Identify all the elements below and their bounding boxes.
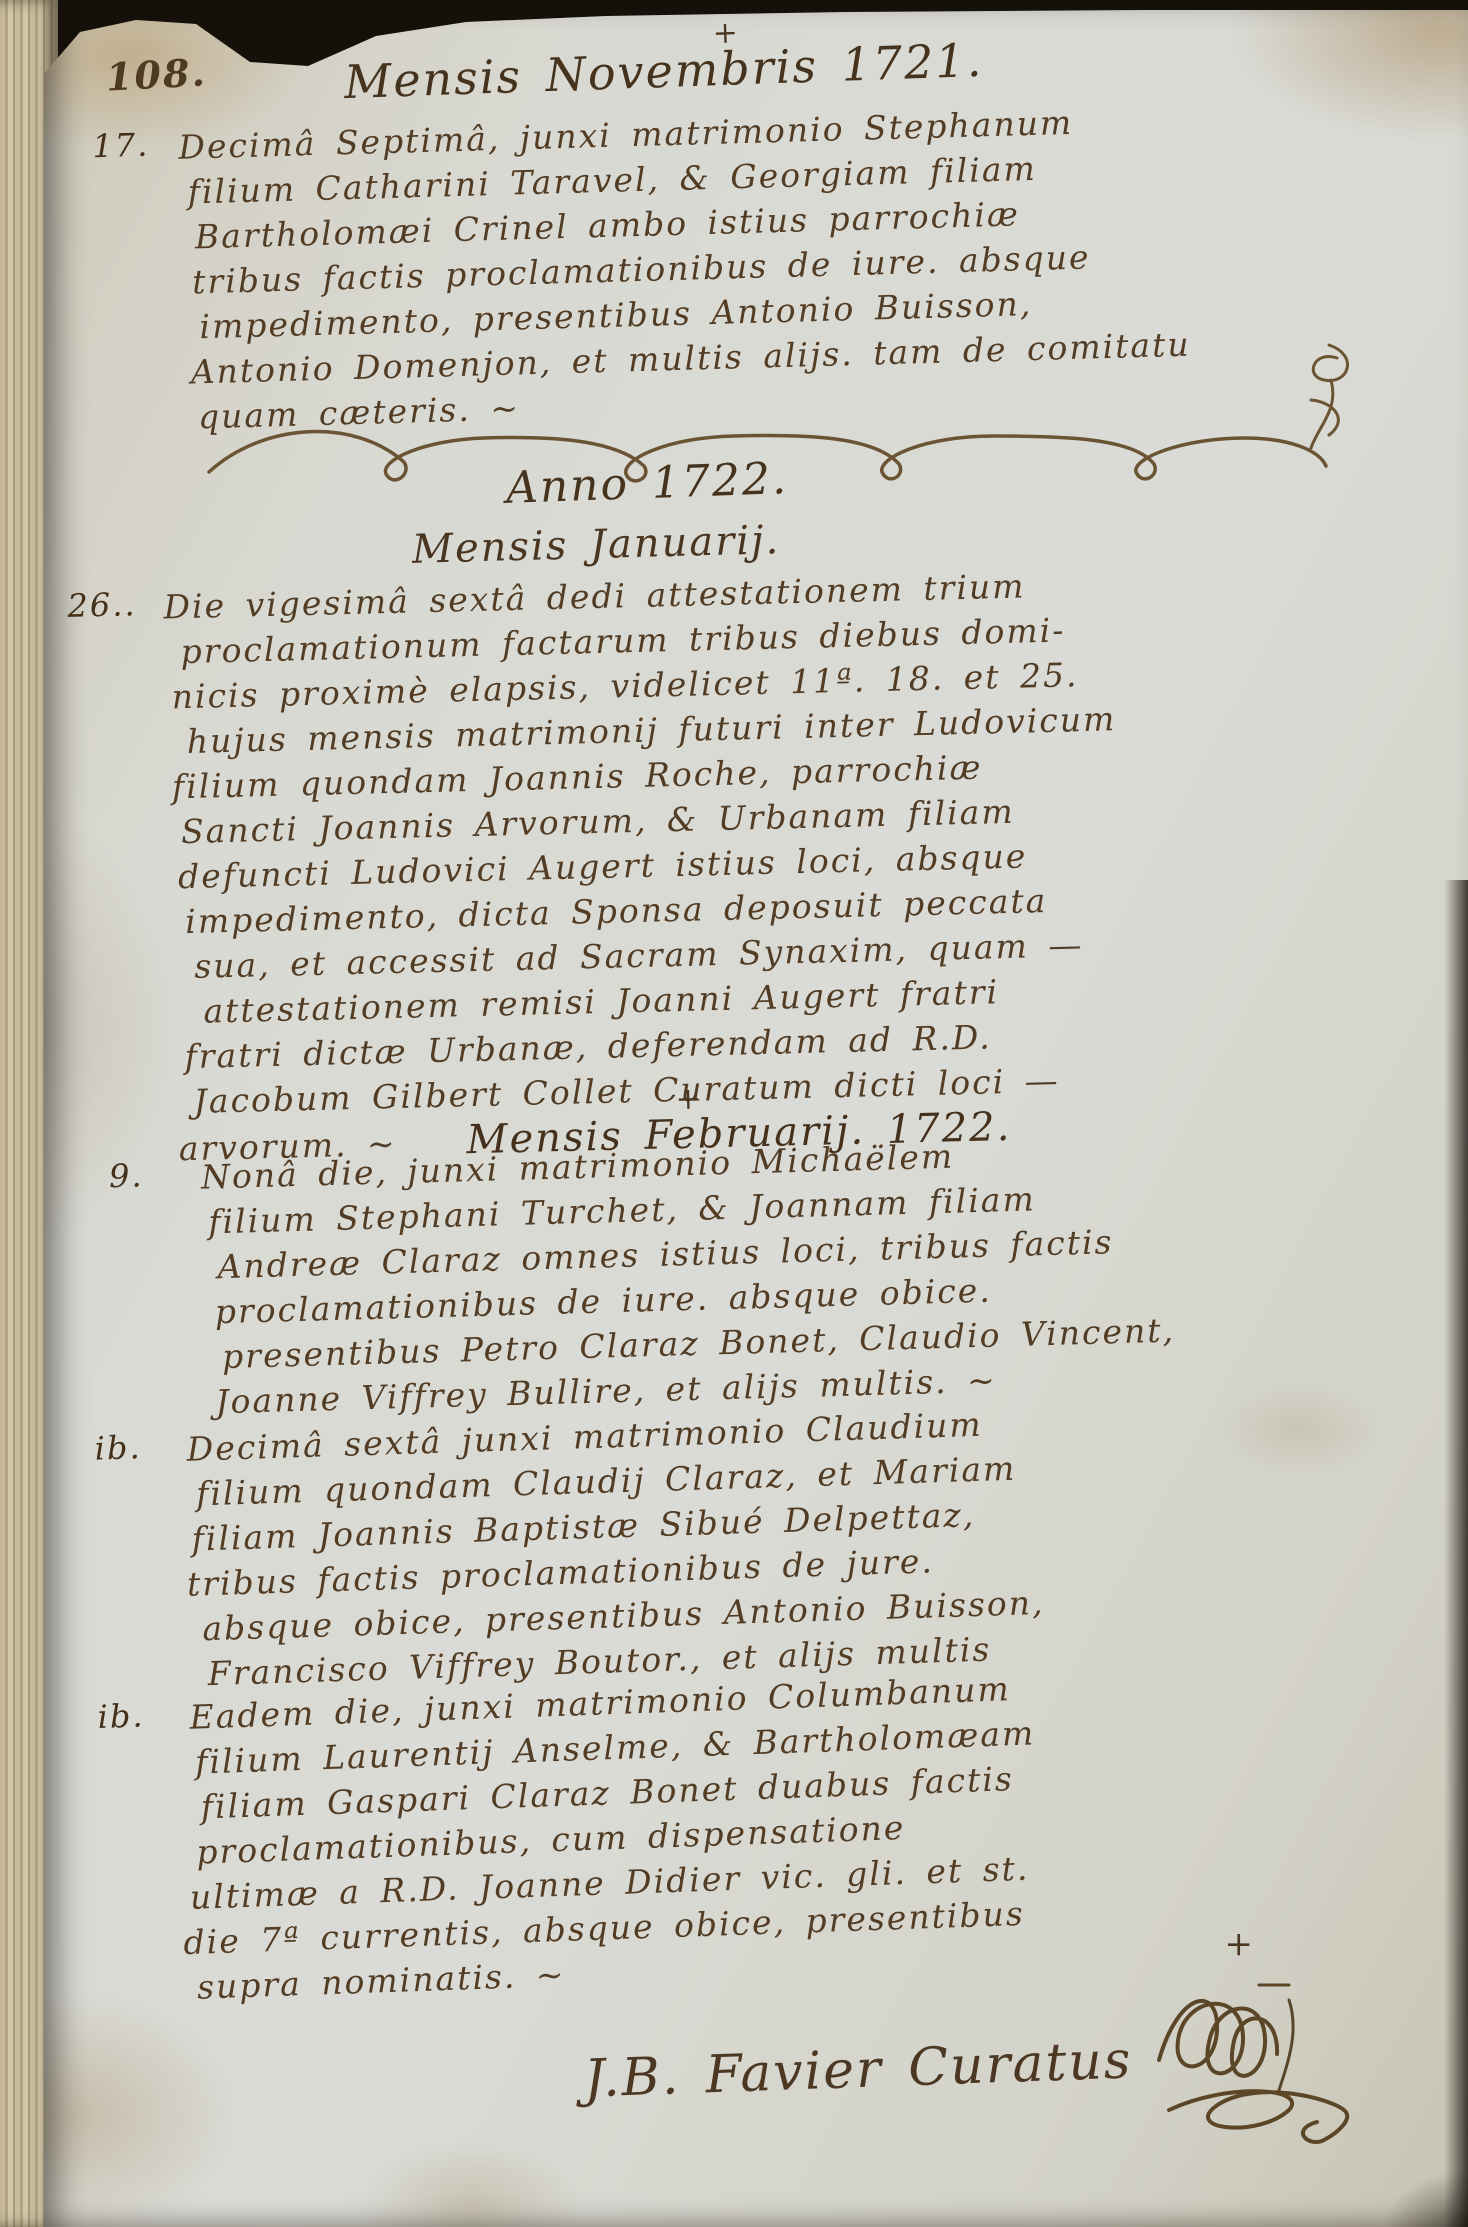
cross-mark: + [1225, 1924, 1254, 1964]
entry-number: ib. [94, 1428, 142, 1467]
signature-flourish: + [1139, 1970, 1369, 2170]
signature-block: J.B. Favier Curatus + [584, 1970, 1369, 2170]
photo-shadow-corner [1348, 2137, 1468, 2227]
section-heading: Mensis Novembris 1721. [343, 33, 984, 109]
photo-shadow-right [1444, 880, 1468, 2227]
cross-mark: + [675, 1082, 701, 1118]
manuscript-photo: 108. + Mensis Novembris 1721. 17. Decimâ… [0, 0, 1468, 2227]
manuscript-page: 108. + Mensis Novembris 1721. 17. Decimâ… [44, 10, 1468, 2227]
entry: 17. Decimâ Septimâ, junxi matrimonio Ste… [92, 89, 1468, 442]
signature: J.B. Favier Curatus [583, 2030, 1133, 2109]
entry-number: ib. [97, 1696, 145, 1736]
entry-number: 17. [92, 126, 150, 166]
page-number: 108. [105, 49, 208, 99]
entry: ib. Decimâ sextâ junxi matrimonio Claudi… [94, 1387, 1468, 1700]
entry: ib. Eadem die, junxi matrimonio Columban… [97, 1650, 1468, 2013]
cross-mark: + [712, 15, 738, 51]
section-november: + Mensis Novembris 1721. [343, 33, 984, 109]
entry-number: 26.. [67, 585, 137, 625]
entry: 9. Nonâ die, junxi matrimonio Michaëlem … [108, 1119, 1468, 1427]
section-subheading-january: Mensis Januarij. [411, 517, 780, 573]
entry-number: 9. [108, 1156, 144, 1195]
entry: 26.. Die vigesimâ sextâ dedi attestation… [67, 553, 1453, 1173]
section-heading-anno: Anno 1722. [505, 453, 788, 514]
curl-ornament-icon [1289, 340, 1369, 460]
